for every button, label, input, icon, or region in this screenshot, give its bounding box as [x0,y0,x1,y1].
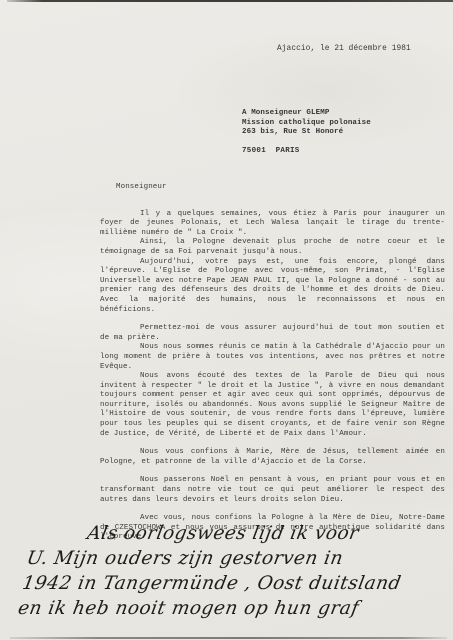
dateline: Ajaccio, le 21 décembre 1981 [277,45,411,55]
paragraph-5: Nous nous sommes réunis ce matin à la Ca… [100,343,445,372]
letter-page: Ajaccio, le 21 décembre 1981 A Monseigne… [0,0,453,640]
paragraph-4: Permettez-moi de vous assurer aujourd'hu… [100,324,445,343]
handwritten-line: Als oorlogswees lijd ik voor [29,521,453,546]
paragraph-2: Ainsi, la Pologne devenait plus proche d… [100,238,445,257]
handwritten-line: en ik heb nooit mogen op hun graf [16,596,453,621]
recipient-address: A Monseigneur GLEMP Mission catholique p… [242,109,371,156]
recipient-street: 263 bis, Rue St Honoré [242,128,371,138]
handwritten-line: 1942 in Tangermünde , Oost duitsland [20,571,453,596]
scan-edge-bottom [10,637,447,639]
paragraph-3: Aujourd'hui, votre pays est, une fois en… [100,258,445,316]
paragraph-7: Nous vous confions à Marie, Mère de Jésu… [100,448,445,467]
salutation: Monseigneur [116,183,445,193]
scan-edge-top [7,0,453,2]
paragraph-6: Nous avons écouté des textes de la Parol… [100,372,445,439]
paragraph-1: Il y a quelques semaines, vous étiez à P… [100,210,445,239]
paragraph-8: Nous passerons Noël en pensant à vous, e… [100,476,445,505]
handwritten-note: Als oorlogswees lijd ik voor U. Mijn oud… [16,521,453,621]
letter-body: Monseigneur Il y a quelques semaines, vo… [100,183,445,543]
recipient-org: Mission catholique polonaise [242,119,371,129]
recipient-postal-city: 75001 PARIS [242,147,371,157]
recipient-name: A Monseigneur GLEMP [242,109,371,119]
handwritten-line: U. Mijn ouders zijn gestorven in [25,546,453,571]
